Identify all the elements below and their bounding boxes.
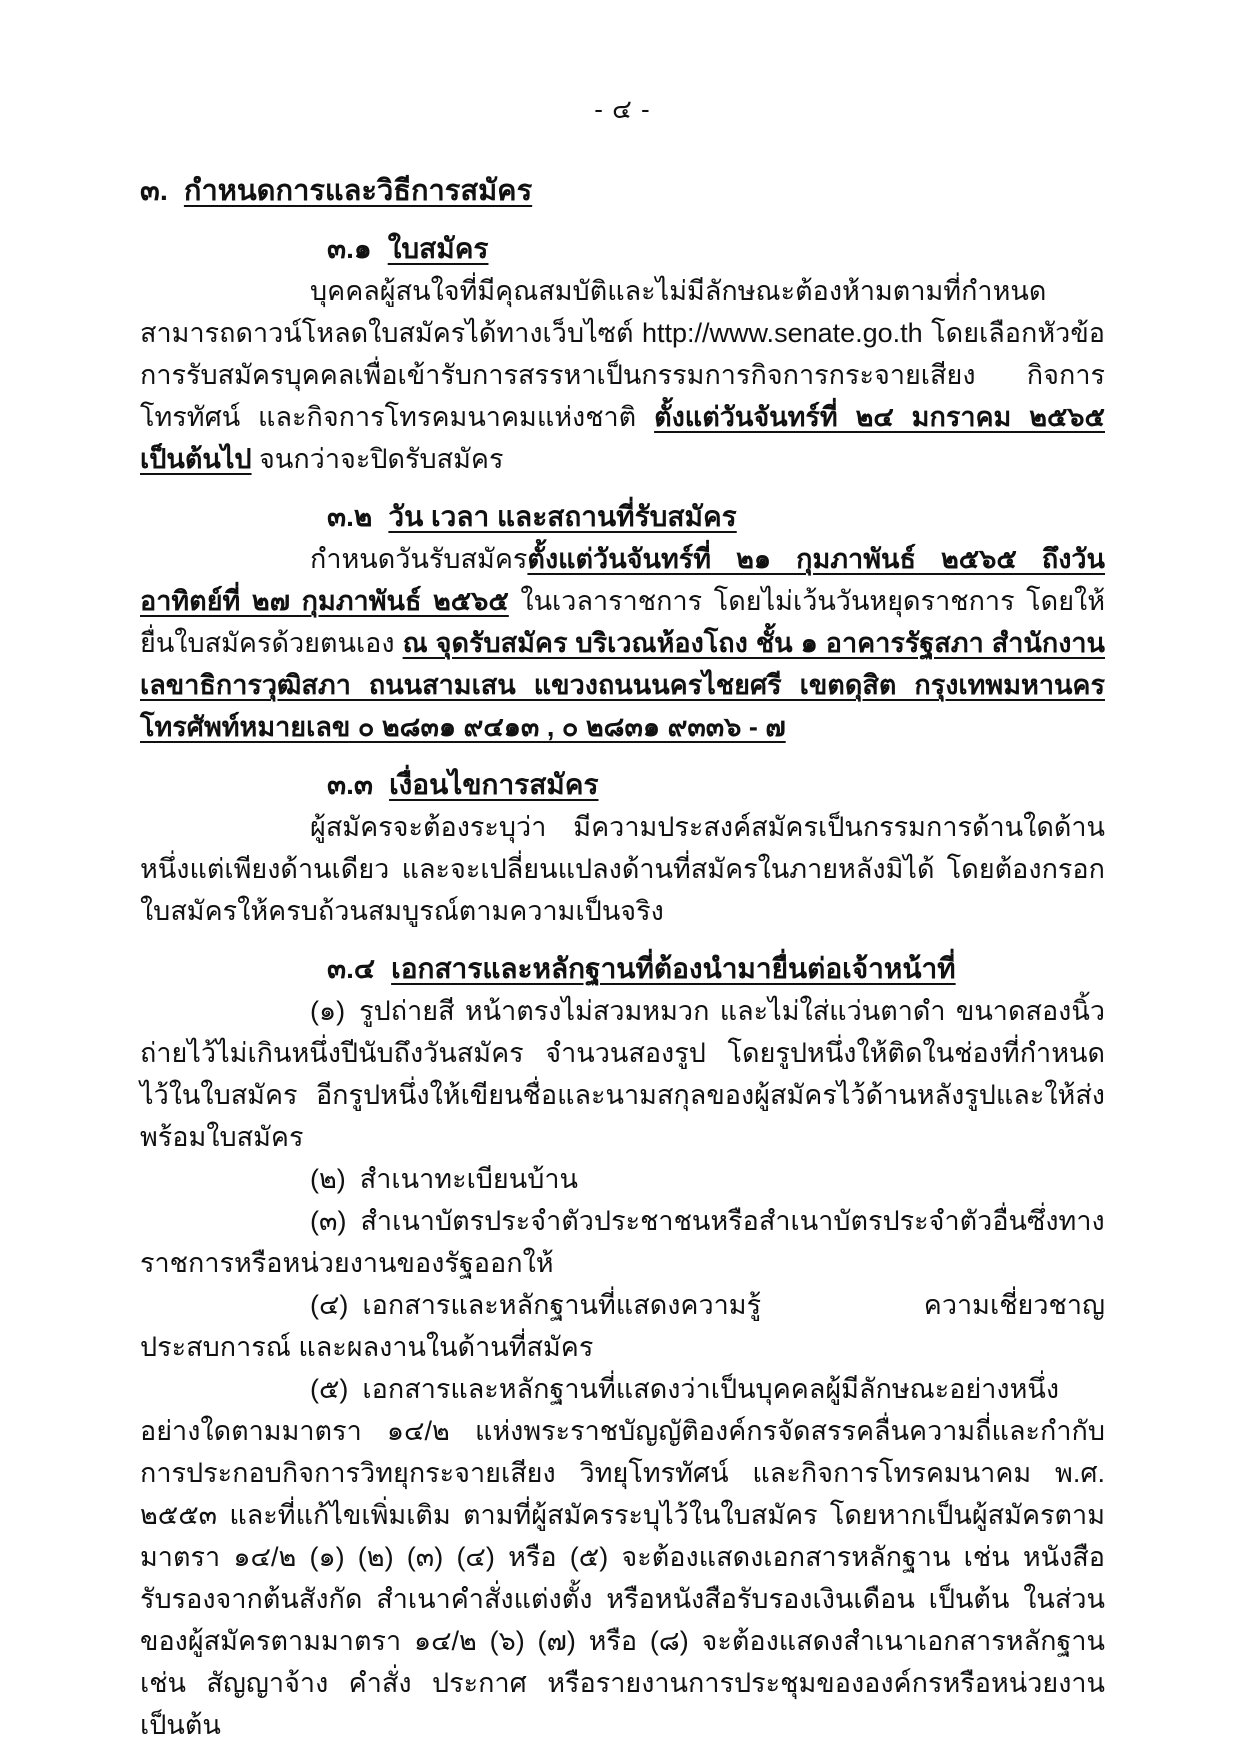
section-3-4-title: เอกสารและหลักฐานที่ต้องนำมายื่นต่อเจ้าหน… [391,953,956,984]
section-3-2-title: วัน เวลา และสถานที่รับสมัคร [388,501,736,532]
section-3-4-number: ๓.๔ [327,953,375,984]
section-3-heading: ๓.กำหนดการและวิธีการสมัคร [140,170,1105,212]
section-3-1-number: ๓.๑ [327,233,372,264]
section-3-3-paragraph: ผู้สมัครจะต้องระบุว่า มีความประสงค์สมัคร… [140,806,1105,932]
section-3-1-heading: ๓.๑ใบสมัคร [327,228,1105,270]
list-item-number: (๕) [310,1374,348,1404]
section-3-title: กำหนดการและวิธีการสมัคร [184,175,532,207]
list-item-2: (๒)สำเนาทะเบียนบ้าน [140,1158,1105,1200]
section-3-3-number: ๓.๓ [327,769,373,800]
section-3-number: ๓. [140,175,168,207]
list-item-number: (๔) [310,1290,348,1320]
list-item-text: รูปถ่ายสี หน้าตรงไม่สวมหมวก และไม่ใส่แว่… [140,996,1105,1152]
list-item-4: (๔)เอกสารและหลักฐานที่แสดงความรู้ ความเช… [140,1284,1105,1368]
list-item-5: (๕)เอกสารและหลักฐานที่แสดงว่าเป็นบุคคลผู… [140,1368,1105,1746]
text-run: กำหนดวันรับสมัคร [310,544,527,574]
list-item-1: (๑)รูปถ่ายสี หน้าตรงไม่สวมหมวก และไม่ใส่… [140,990,1105,1158]
section-3-2-heading: ๓.๒วัน เวลา และสถานที่รับสมัคร [327,496,1105,538]
list-item-text: สำเนาบัตรประจำตัวประชาชนหรือสำเนาบัตรประ… [140,1206,1105,1278]
section-3-1-title: ใบสมัคร [388,233,489,264]
section-3-3-heading: ๓.๓เงื่อนไขการสมัคร [327,764,1105,806]
list-item-3: (๓)สำเนาบัตรประจำตัวประชาชนหรือสำเนาบัตร… [140,1200,1105,1284]
list-item-number: (๓) [310,1206,346,1236]
section-3-4-heading: ๓.๔เอกสารและหลักฐานที่ต้องนำมายื่นต่อเจ้… [327,948,1105,990]
website-url: http://www.senate.go.th [642,318,923,348]
section-3-3-title: เงื่อนไขการสมัคร [389,769,598,800]
list-item-text: เอกสารและหลักฐานที่แสดงว่าเป็นบุคคลผู้มี… [140,1374,1105,1740]
list-item-number: (๑) [310,996,345,1026]
section-3-2-paragraph: กำหนดวันรับสมัครตั้งแต่วันจันทร์ที่ ๒๑ ก… [140,538,1105,748]
list-item-text: สำเนาทะเบียนบ้าน [360,1164,578,1194]
list-item-number: (๒) [310,1164,346,1194]
document-page: - ๔ - ๓.กำหนดการและวิธีการสมัคร ๓.๑ใบสมั… [0,0,1243,1752]
text-run: จนกว่าจะปิดรับสมัคร [252,444,504,474]
section-3-1-paragraph: บุคคลผู้สนใจที่มีคุณสมบัติและไม่มีลักษณะ… [140,270,1105,480]
page-number: - ๔ - [140,88,1105,130]
section-3-2-number: ๓.๒ [327,501,372,532]
list-item-text: เอกสารและหลักฐานที่แสดงความรู้ ความเชี่ย… [140,1290,1105,1362]
